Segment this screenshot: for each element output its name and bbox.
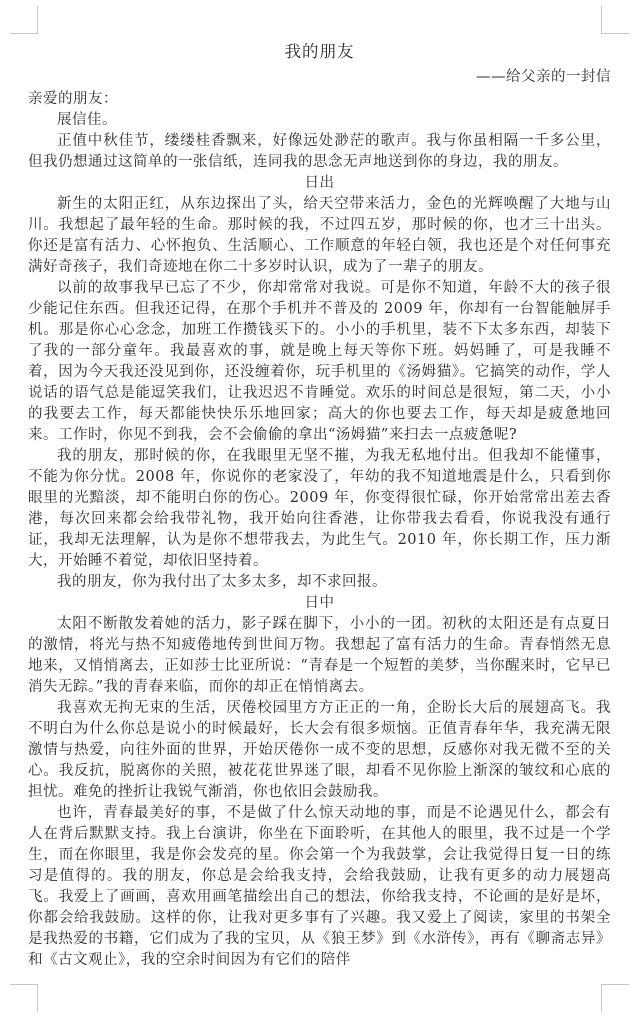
- letter-content: 我的朋友 ——给父亲的一封信 亲爱的朋友： 展信佳。 正值中秋佳节，缕缕桂香飘来…: [28, 38, 611, 971]
- paragraph: 太阳不断散发着她的活力，影子踩在脚下，小小的一团。初秋的太阳还是有点夏日的激情，…: [28, 614, 611, 698]
- salutation: 亲爱的朋友：: [28, 89, 611, 110]
- paragraph: 我的朋友，你为我付出了太多太多，却不求回报。: [28, 572, 611, 593]
- paragraph: 新生的太阳正红，从东边探出了头，给天空带来活力，金色的光辉唤醒了大地与山川。我想…: [28, 194, 611, 278]
- section-heading-midday: 日中: [28, 593, 611, 614]
- letter-title: 我的朋友: [28, 38, 611, 65]
- opening-line: 展信佳。: [28, 110, 611, 131]
- crop-mark-bottom-right-icon: [601, 984, 629, 1012]
- paragraph: 以前的故事我早已忘了不少，你却常常对我说。可是你不知道，年龄不大的孩子很少能记住…: [28, 278, 611, 446]
- paragraph: 也许，青春最美好的事，不是做了什么惊天动地的事，而是不论遇见什么，都会有人在背后…: [28, 803, 611, 971]
- crop-mark-top-left-icon: [10, 6, 38, 34]
- intro-paragraph: 正值中秋佳节，缕缕桂香飘来，好像远处渺茫的歌声。我与你虽相隔一千多公里，但我仍想…: [28, 131, 611, 173]
- paragraph: 我的朋友，那时候的你，在我眼里无坚不摧，为我无私地付出。但我却不能懂事，不能为你…: [28, 446, 611, 572]
- document-page: 我的朋友 ——给父亲的一封信 亲爱的朋友： 展信佳。 正值中秋佳节，缕缕桂香飘来…: [0, 0, 639, 1029]
- crop-mark-bottom-left-icon: [10, 984, 38, 1012]
- crop-mark-top-right-icon: [601, 6, 629, 34]
- section-heading-sunrise: 日出: [28, 173, 611, 194]
- paragraph: 我喜欢无拘无束的生活，厌倦校园里方方正正的一角，企盼长大后的展翅高飞。我不明白为…: [28, 698, 611, 803]
- letter-subtitle: ——给父亲的一封信: [28, 65, 611, 89]
